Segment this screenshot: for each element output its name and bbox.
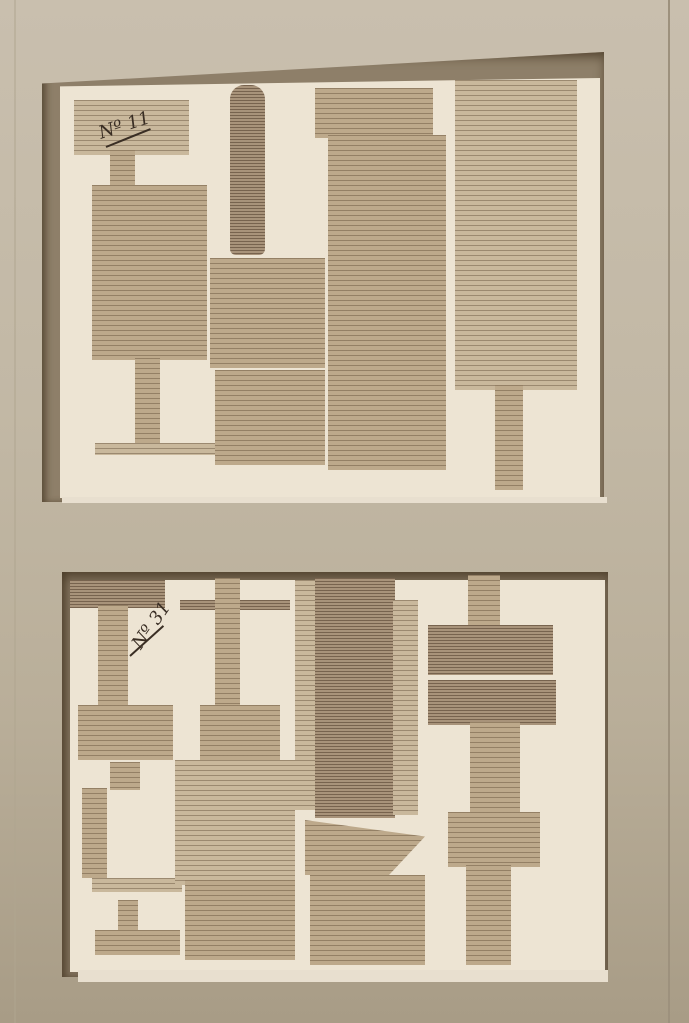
manuscript-fragment — [495, 385, 523, 490]
manuscript-fragment — [92, 185, 207, 360]
manuscript-fragment — [110, 150, 135, 190]
manuscript-fragment — [428, 680, 556, 725]
manuscript-fragment — [95, 443, 215, 455]
wall-panel-edge-right — [668, 0, 670, 1023]
manuscript-fragment — [210, 258, 325, 368]
manuscript-fragment — [110, 762, 140, 790]
manuscript-fragment — [95, 930, 180, 955]
manuscript-fragment — [315, 578, 395, 818]
manuscript-fragment — [455, 80, 577, 390]
manuscript-fragment — [310, 875, 425, 965]
manuscript-fragment — [185, 880, 295, 960]
manuscript-fragment — [470, 722, 520, 812]
manuscript-fragment — [70, 580, 165, 608]
manuscript-fragment — [393, 600, 418, 815]
wall-panel-edge-left — [14, 0, 16, 1023]
manuscript-fragment — [328, 135, 446, 470]
manuscript-fragment — [215, 578, 240, 708]
manuscript-fragment — [78, 705, 173, 760]
frame-bottom-sill — [78, 970, 608, 982]
manuscript-fragment — [295, 580, 315, 810]
manuscript-fragment — [230, 85, 265, 255]
manuscript-fragment — [135, 358, 160, 448]
manuscript-fragment — [448, 812, 540, 867]
manuscript-fragment — [200, 705, 280, 760]
manuscript-fragment — [215, 370, 325, 465]
manuscript-fragment — [428, 625, 553, 675]
manuscript-fragment — [468, 575, 500, 630]
manuscript-fragment — [82, 788, 107, 878]
manuscript-fragment — [175, 760, 295, 885]
manuscript-fragment — [92, 878, 182, 892]
manuscript-fragment — [98, 605, 128, 705]
manuscript-fragment — [315, 88, 433, 138]
frame-top-sill — [62, 497, 607, 503]
manuscript-fragment — [466, 865, 511, 965]
